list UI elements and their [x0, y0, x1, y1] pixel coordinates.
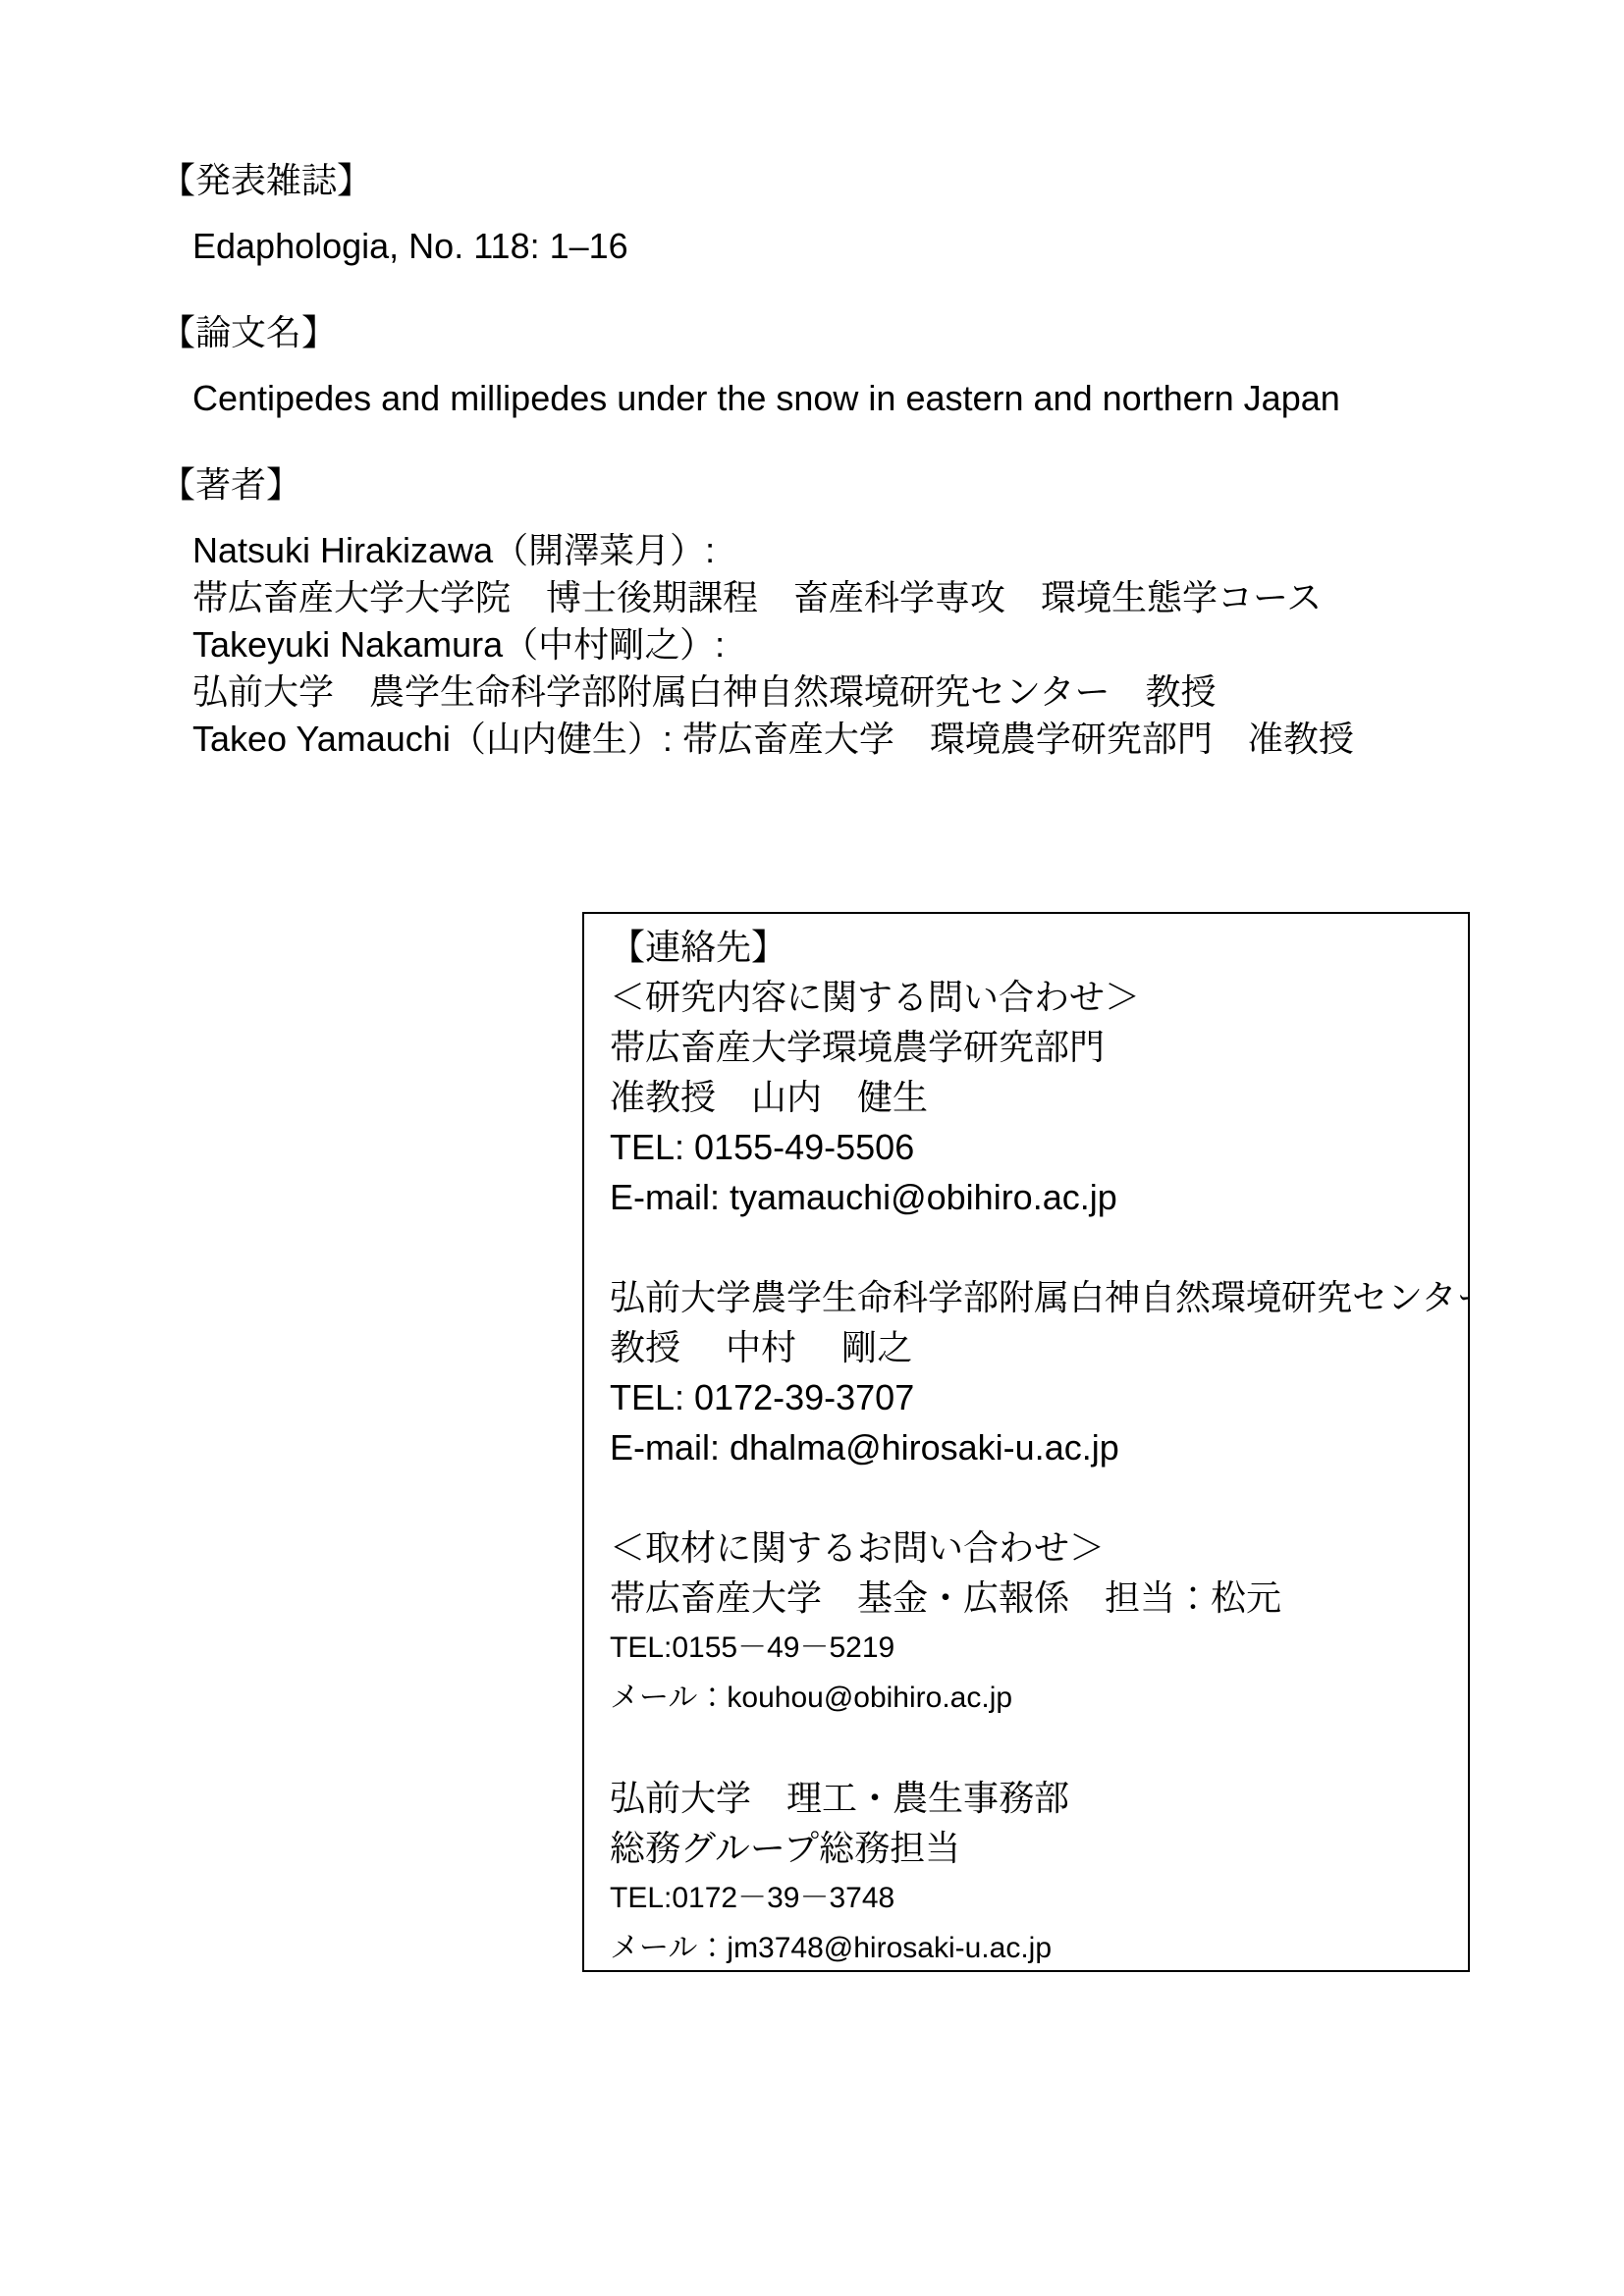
section-line: Natsuki Hirakizawa（開澤菜月）: [192, 527, 1354, 574]
contact-box-line: 准教授 山内 健生 [610, 1072, 1450, 1122]
contact-box-line: 【連絡先】 [610, 922, 1450, 972]
section: 【発表雑誌】Edaphologia, No. 118: 1–16 [160, 157, 1354, 270]
contact-box-line: TEL:0155－49－5219 [610, 1623, 1450, 1673]
contact-box-line: 教授 中村 剛之 [610, 1322, 1450, 1372]
section-heading: 【著者】 [160, 461, 1354, 508]
contact-box-spacer [610, 1723, 1450, 1773]
contact-box-line: TEL:0172－39－3748 [610, 1873, 1450, 1923]
contact-box-line: メール：jm3748@hirosaki-u.ac.jp [610, 1923, 1450, 1972]
contact-box-line: TEL: 0155-49-5506 [610, 1122, 1450, 1172]
section-heading: 【論文名】 [160, 309, 1354, 356]
contact-box-line: 総務グループ総務担当 [610, 1823, 1450, 1873]
contact-box: 【連絡先】＜研究内容に関する問い合わせ＞帯広畜産大学環境農学研究部門准教授 山内… [582, 912, 1470, 1972]
contact-box-line: E-mail: dhalma@hirosaki-u.ac.jp [610, 1422, 1450, 1472]
document-page: 【発表雑誌】Edaphologia, No. 118: 1–16【論文名】Cen… [0, 0, 1624, 2296]
section-line: Centipedes and millipedes under the snow… [192, 375, 1354, 422]
contact-box-line: 弘前大学 理工・農生事務部 [610, 1773, 1450, 1823]
contact-box-spacer [610, 1472, 1450, 1522]
section-line: 弘前大学 農学生命科学部附属白神自然環境研究センター 教授 [192, 668, 1354, 716]
section: 【著者】Natsuki Hirakizawa（開澤菜月）:帯広畜産大学大学院 博… [160, 461, 1354, 763]
section: 【論文名】Centipedes and millipedes under the… [160, 309, 1354, 422]
contact-box-line: E-mail: tyamauchi@obihiro.ac.jp [610, 1172, 1450, 1222]
section-line: Takeyuki Nakamura（中村剛之）: [192, 621, 1354, 668]
press-release-body: 【発表雑誌】Edaphologia, No. 118: 1–16【論文名】Cen… [160, 157, 1354, 802]
contact-box-line: TEL: 0172-39-3707 [610, 1372, 1450, 1422]
contact-box-line: 帯広畜産大学環境農学研究部門 [610, 1022, 1450, 1072]
section-line: 帯広畜産大学大学院 博士後期課程 畜産科学専攻 環境生態学コース [192, 574, 1354, 621]
contact-box-line: ＜取材に関するお問い合わせ＞ [610, 1522, 1450, 1573]
contact-box-line: 帯広畜産大学 基金・広報係 担当：松元 [610, 1573, 1450, 1623]
section-heading: 【発表雑誌】 [160, 157, 1354, 204]
contact-box-line: 弘前大学農学生命科学部附属白神自然環境研究センター [610, 1272, 1450, 1322]
contact-box-line: メール：kouhou@obihiro.ac.jp [610, 1673, 1450, 1723]
section-line: Edaphologia, No. 118: 1–16 [192, 223, 1354, 270]
contact-box-spacer [610, 1222, 1450, 1272]
section-line: Takeo Yamauchi（山内健生）: 帯広畜産大学 環境農学研究部門 准教… [192, 716, 1354, 763]
contact-box-line: ＜研究内容に関する問い合わせ＞ [610, 972, 1450, 1022]
